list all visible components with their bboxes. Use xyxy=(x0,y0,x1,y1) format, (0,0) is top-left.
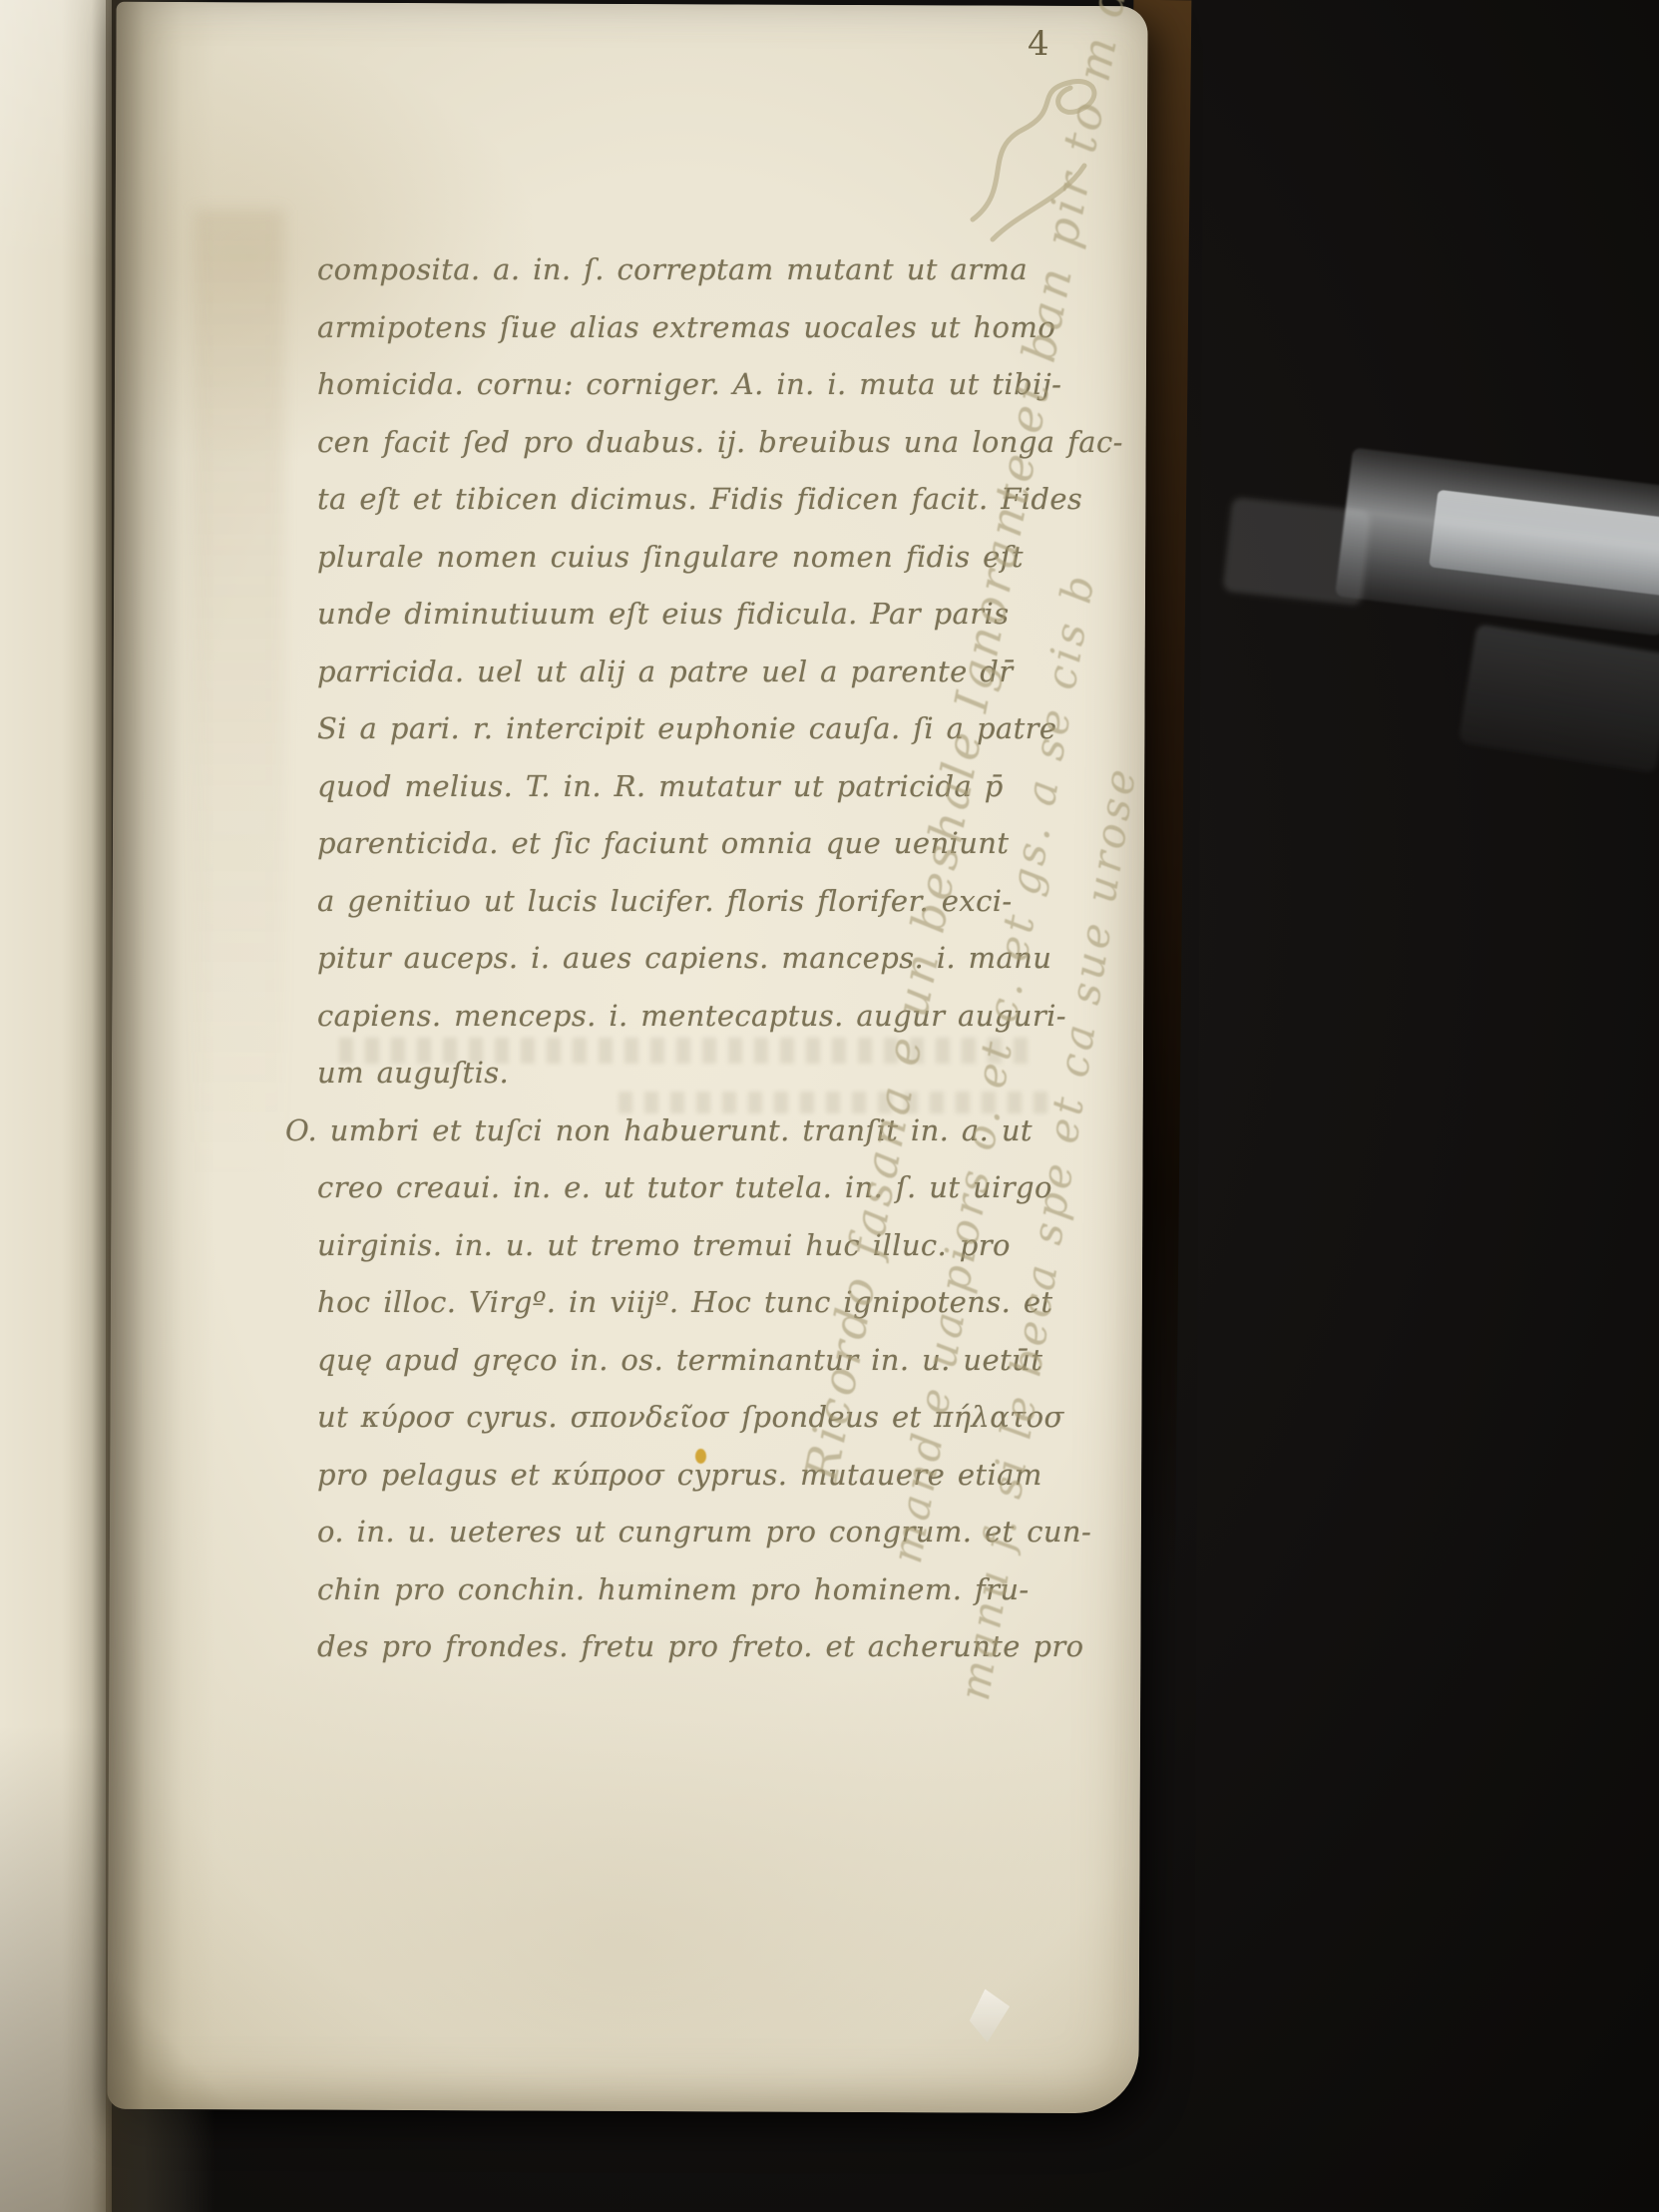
text-line: quod melius. T. in. R. mutatur ut patric… xyxy=(317,758,1105,816)
text-line: homicida. cornu: corniger. A. in. i. mut… xyxy=(317,356,1105,414)
text-line: armipotens ſiue alias extremas uocales u… xyxy=(317,299,1105,357)
text-line: a genitiuo ut lucis lucifer. floris flor… xyxy=(317,873,1105,931)
text-line: hoc illoc. Virgº. in viijº. Hoc tunc ign… xyxy=(317,1274,1105,1332)
folio-number: 4 xyxy=(1028,24,1049,64)
manuscript-photo: tur. nam bam ut ram faueo faui. et in pr… xyxy=(0,0,1659,2212)
text-line: ut κύροσ cyrus. σπονδεῖοσ ſpondeus et πή… xyxy=(317,1389,1105,1447)
text-line: composita. a. in. ſ. correptam mutant ut… xyxy=(317,241,1105,299)
text-line: parenticida. et ſic faciunt omnia que ue… xyxy=(317,815,1105,873)
pen-flourish xyxy=(953,70,1112,249)
film-strip-reflection xyxy=(1458,624,1659,773)
text-line: quę apud gręco in. os. terminantur in. u… xyxy=(317,1332,1105,1390)
pigment-spot xyxy=(695,1449,706,1464)
facing-page-edge: tur. nam bam ut ram faueo faui. et in pr… xyxy=(0,0,112,2212)
text-line: cen facit ſed pro duabus. ij. breuibus u… xyxy=(317,414,1105,472)
